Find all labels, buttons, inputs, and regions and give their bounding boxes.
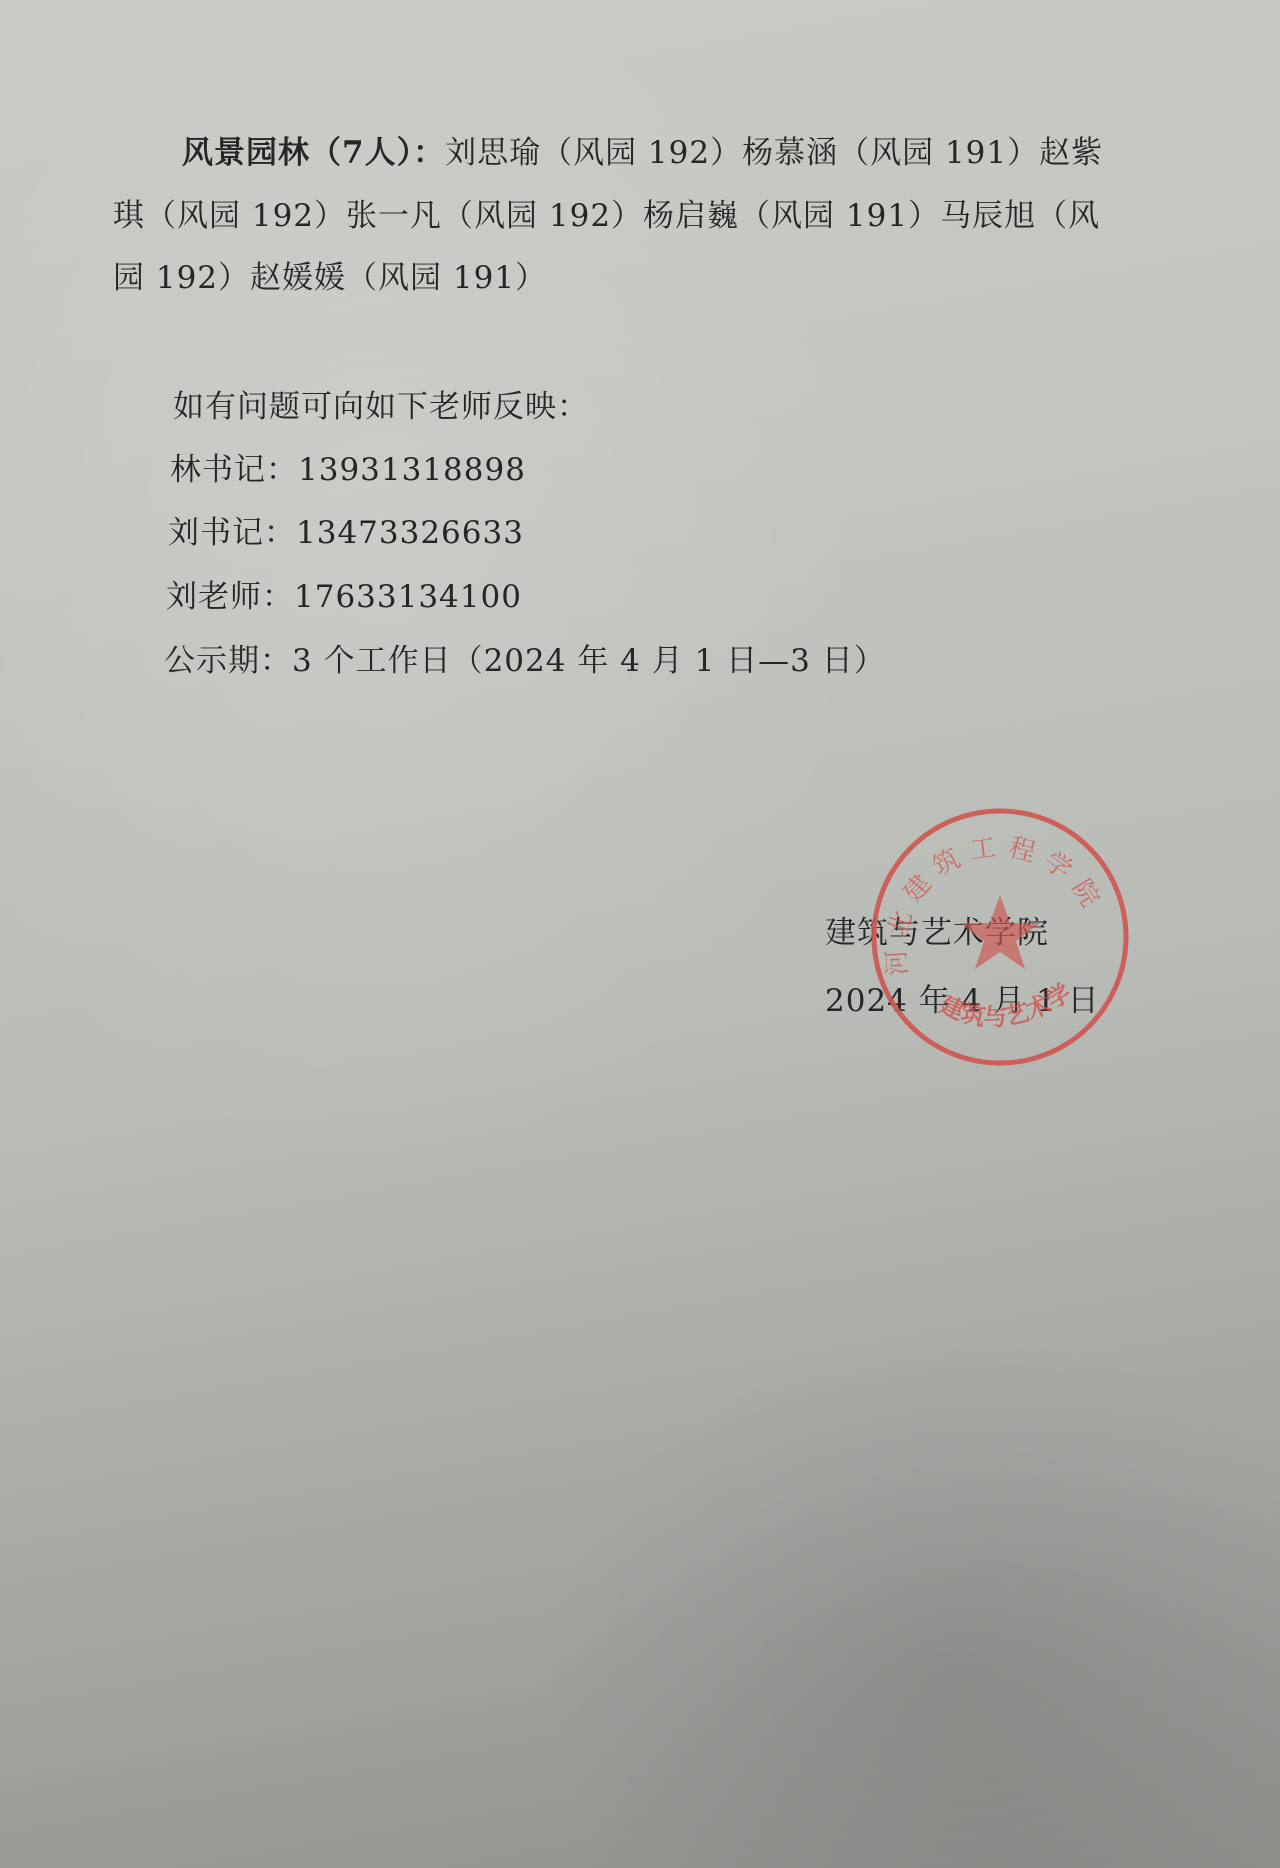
official-seal: 河北建筑工程学院 建筑与艺术学院 — [868, 805, 1132, 1069]
seal-icon: 河北建筑工程学院 建筑与艺术学院 — [868, 805, 1132, 1069]
contact-row: 刘书记：13473326633 — [168, 513, 524, 553]
roster-line-1-text: 刘思瑜（风园 192）杨慕涵（风园 191）赵紫 — [445, 135, 1103, 171]
contact-intro: 如有问题可向如下老师反映： — [173, 387, 589, 427]
roster-line-3: 园 192）赵媛媛（风园 191） — [113, 258, 547, 298]
roster-line-2: 琪（风园 192）张一凡（风园 192）杨启巍（风园 191）马辰旭（风 — [113, 196, 1100, 236]
contact-label: 刘书记： — [168, 515, 296, 551]
publicity-period: 公示期：3 个工作日（2024 年 4 月 1 日—3 日） — [164, 641, 886, 681]
contact-row: 林书记：13931318898 — [170, 450, 526, 490]
contact-phone: 17633134100 — [294, 579, 522, 615]
contact-label: 刘老师： — [166, 579, 294, 615]
roster-line-1: 风景园林（7人）：刘思瑜（风园 192）杨慕涵（风园 191）赵紫 — [182, 133, 1103, 173]
contact-label: 林书记： — [170, 452, 298, 488]
contact-row: 刘老师：17633134100 — [166, 577, 522, 617]
roster-heading: 风景园林（7人）： — [182, 135, 445, 171]
contact-phone: 13473326633 — [296, 515, 524, 551]
contact-phone: 13931318898 — [298, 452, 526, 488]
